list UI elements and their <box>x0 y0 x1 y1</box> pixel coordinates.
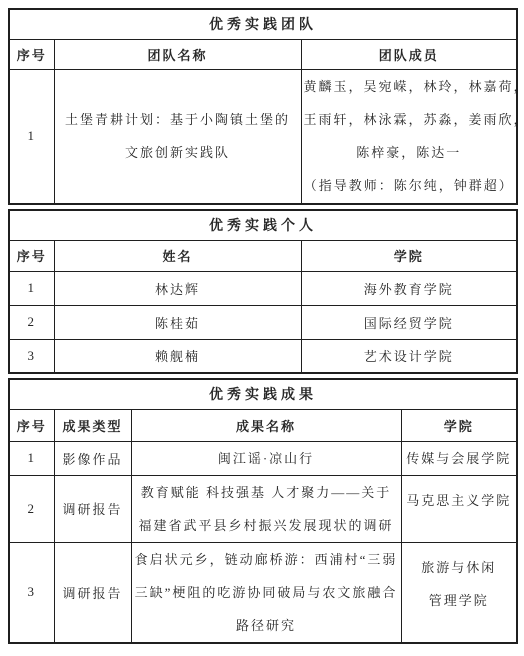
individuals-table: 优秀实践个人 序号 姓名 学院 1 林达辉 海外教育学院 2 陈桂茹 国际经贸学… <box>8 209 518 374</box>
table-row: 序号 团队名称 团队成员 <box>9 39 517 69</box>
achievement-index: 3 <box>9 542 54 643</box>
individual-name: 林达辉 <box>54 271 301 305</box>
table-row: 2 调研报告 教育赋能 科技强基 人才聚力——关于 福建省武平县乡村振兴发展现状… <box>9 475 517 542</box>
team-members-line: 王雨轩，林泳霖，苏淼，姜雨欣， <box>304 103 515 136</box>
table-row: 序号 成果类型 成果名称 学院 <box>9 409 517 441</box>
table-row: 优秀实践团队 <box>9 9 517 39</box>
document-page: 优秀实践团队 序号 团队名称 团队成员 1 土堡青耕计划：基于小陶镇土堡的 文旅… <box>0 0 524 656</box>
achievement-name-line: 食启状元乡，链动廊桥游：西浦村“三弱 <box>134 543 399 576</box>
individuals-header-college: 学院 <box>301 240 517 271</box>
achievement-type: 调研报告 <box>54 542 131 643</box>
achievements-section-title: 优秀实践成果 <box>9 379 517 409</box>
team-members-line: 陈梓豪，陈达一 <box>304 136 515 169</box>
achievement-name-line: 闽江谣·凉山行 <box>134 442 399 475</box>
achievements-header-name: 成果名称 <box>131 409 401 441</box>
individual-name: 陈桂茹 <box>54 305 301 339</box>
individual-college: 艺术设计学院 <box>301 339 517 373</box>
achievement-index: 1 <box>9 441 54 475</box>
achievement-name-line: 三缺”梗阻的吃游协同破局与农文旅融合 <box>134 576 399 609</box>
achievement-college-line: 旅游与休闲 <box>404 551 515 584</box>
individuals-header-index: 序号 <box>9 240 54 271</box>
achievement-type: 影像作品 <box>54 441 131 475</box>
table-row: 1 土堡青耕计划：基于小陶镇土堡的 文旅创新实践队 黄麟玉，吴宛嵘，林玲，林嘉荷… <box>9 69 517 204</box>
teams-header-members: 团队成员 <box>301 39 517 69</box>
table-row: 优秀实践个人 <box>9 210 517 240</box>
individual-index: 1 <box>9 271 54 305</box>
table-row: 3 调研报告 食启状元乡，链动廊桥游：西浦村“三弱 三缺”梗阻的吃游协同破局与农… <box>9 542 517 643</box>
achievement-college-line: 马克思主义学院 <box>404 484 515 517</box>
achievement-type: 调研报告 <box>54 475 131 542</box>
table-row: 3 赖舰楠 艺术设计学院 <box>9 339 517 373</box>
achievement-name-line: 教育赋能 科技强基 人才聚力——关于 <box>134 476 399 509</box>
team-members-cell: 黄麟玉，吴宛嵘，林玲，林嘉荷， 王雨轩，林泳霖，苏淼，姜雨欣， 陈梓豪，陈达一 … <box>301 69 517 204</box>
achievement-name-line: 路径研究 <box>134 609 399 642</box>
team-name-cell: 土堡青耕计划：基于小陶镇土堡的 文旅创新实践队 <box>54 69 301 204</box>
achievement-name-cell: 食启状元乡，链动廊桥游：西浦村“三弱 三缺”梗阻的吃游协同破局与农文旅融合 路径… <box>131 542 401 643</box>
individual-college: 国际经贸学院 <box>301 305 517 339</box>
achievements-table: 优秀实践成果 序号 成果类型 成果名称 学院 1 影像作品 闽江谣·凉山行 传媒… <box>8 378 518 644</box>
achievements-header-college: 学院 <box>401 409 517 441</box>
table-row: 2 陈桂茹 国际经贸学院 <box>9 305 517 339</box>
achievement-name-cell: 闽江谣·凉山行 <box>131 441 401 475</box>
team-members-line: 黄麟玉，吴宛嵘，林玲，林嘉荷， <box>304 70 515 103</box>
teams-table: 优秀实践团队 序号 团队名称 团队成员 1 土堡青耕计划：基于小陶镇土堡的 文旅… <box>8 8 518 205</box>
team-name-line: 文旅创新实践队 <box>57 136 299 169</box>
table-row: 优秀实践成果 <box>9 379 517 409</box>
table-row: 1 影像作品 闽江谣·凉山行 传媒与会展学院 <box>9 441 517 475</box>
team-index: 1 <box>9 69 54 204</box>
achievements-header-index: 序号 <box>9 409 54 441</box>
achievement-name-cell: 教育赋能 科技强基 人才聚力——关于 福建省武平县乡村振兴发展现状的调研 <box>131 475 401 542</box>
individual-index: 2 <box>9 305 54 339</box>
individual-college: 海外教育学院 <box>301 271 517 305</box>
teams-header-name: 团队名称 <box>54 39 301 69</box>
individuals-section-title: 优秀实践个人 <box>9 210 517 240</box>
teams-header-index: 序号 <box>9 39 54 69</box>
individuals-header-name: 姓名 <box>54 240 301 271</box>
team-name-line: 土堡青耕计划：基于小陶镇土堡的 <box>57 103 299 136</box>
table-row: 1 林达辉 海外教育学院 <box>9 271 517 305</box>
achievement-college-line: 管理学院 <box>404 584 515 617</box>
individual-index: 3 <box>9 339 54 373</box>
achievement-college-cell: 旅游与休闲 管理学院 <box>401 542 517 643</box>
achievement-college-cell: 马克思主义学院 <box>401 475 517 542</box>
individual-name: 赖舰楠 <box>54 339 301 373</box>
teams-section-title: 优秀实践团队 <box>9 9 517 39</box>
achievement-college-line: 传媒与会展学院 <box>404 442 515 475</box>
achievement-index: 2 <box>9 475 54 542</box>
achievement-college-cell: 传媒与会展学院 <box>401 441 517 475</box>
achievements-header-type: 成果类型 <box>54 409 131 441</box>
table-row: 序号 姓名 学院 <box>9 240 517 271</box>
achievement-name-line: 福建省武平县乡村振兴发展现状的调研 <box>134 509 399 542</box>
team-advisors-line: （指导教师：陈尔纯，钟群超） <box>304 169 515 202</box>
